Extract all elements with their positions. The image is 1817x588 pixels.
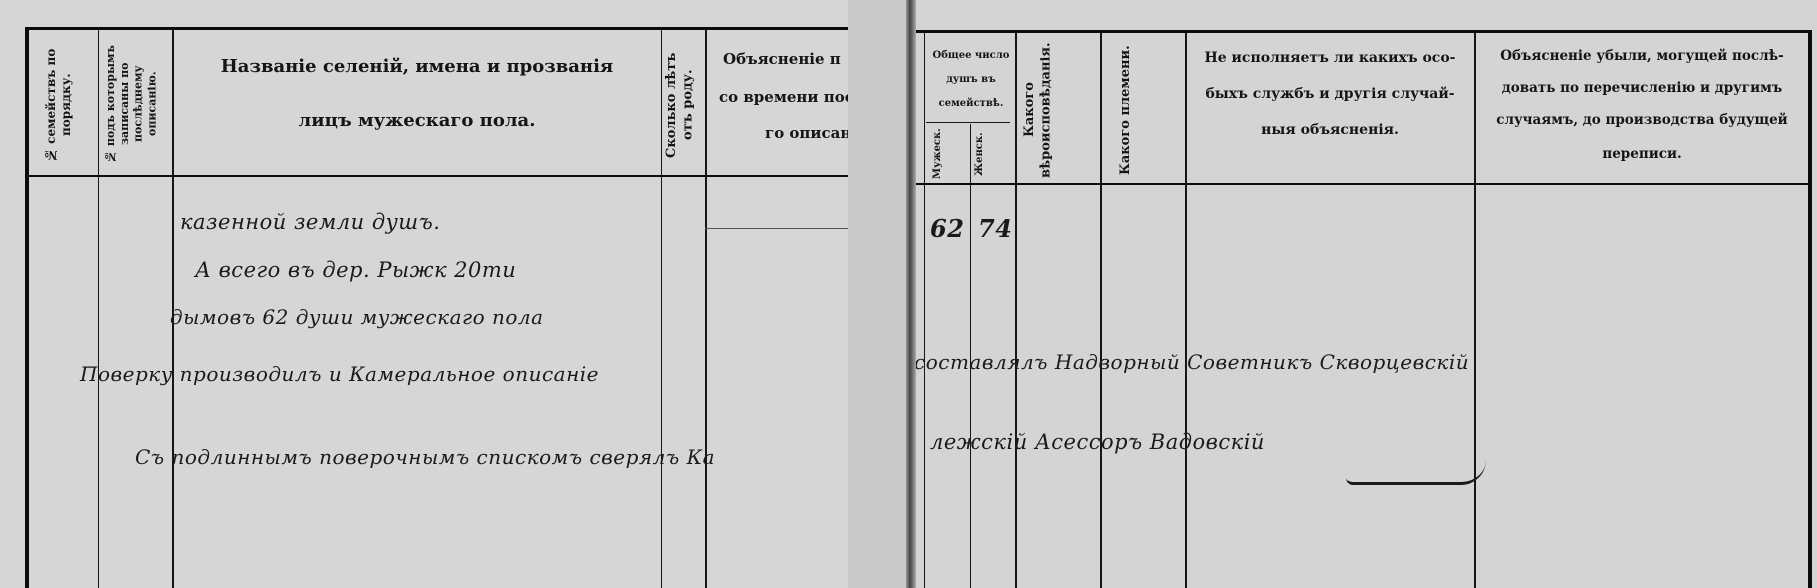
header-bottom-border [25,175,848,177]
column-divider [98,30,99,588]
header-family-number: № семействъ по порядку. [44,40,92,170]
header-loss-line4: переписи. [1477,146,1807,162]
faint-row-line [705,228,848,229]
table-left-border [25,27,29,588]
header-names-line1: Названіе селеній, имена и прозванія [175,56,659,77]
female-count: 74 [978,214,1012,243]
header-tribe: Какого племени. [1118,42,1168,178]
entry-line-5-continued: лежскій Асессоръ Вадовскій [930,430,1265,454]
column-divider [1474,33,1476,588]
column-divider [661,30,662,588]
header-services-line2: быхъ службъ и другія случай- [1188,86,1472,102]
table-right-border [1808,30,1812,588]
entry-line-4: Поверку производилъ и Камеральное описан… [80,362,599,386]
column-divider [705,30,707,588]
header-loss-line3: случаямъ, до производства будущей [1477,112,1807,128]
column-divider [1015,33,1017,588]
header-bottom-border [906,183,1811,185]
header-male: Мужеск. [932,128,966,180]
table-top-border [25,27,848,30]
subheader-divider [926,122,1010,123]
entry-line-5: Съ подлиннымъ поверочнымъ спискомъ сверя… [135,445,715,469]
male-count: 62 [930,214,964,243]
entry-line-4-continued: составлялъ Надворный Советникъ Скворцевс… [914,350,1469,374]
entry-line-2: А всего въ дер. Рыжк 20ти [195,258,516,282]
header-loss-line1: Объясненіе убыли, могущей послѣ- [1477,48,1807,64]
header-services-line1: Не исполняетъ ли какихъ осо- [1188,50,1472,66]
right-page: Общее число душъ въ семействѣ. Мужеск. Ж… [906,0,1817,588]
header-explanation-line1: Объясненіе п [715,50,848,68]
header-previous-number: № подъ которымъ записаны по послѣднему о… [104,36,166,172]
signature-flourish [1346,460,1486,485]
header-religion: Какого вѣроисповѣданія. [1022,42,1094,178]
column-divider [924,33,925,588]
header-explanation-line2: со времени пос [715,88,848,106]
column-divider [1100,33,1102,588]
book-spine [906,0,916,588]
table-top-border [906,30,1811,33]
entry-line-1: казенной земли душъ. [180,210,440,234]
header-total-souls: Общее число душъ въ семействѣ. [928,44,1014,116]
header-names-line2: лицъ мужескаго пола. [175,110,659,131]
header-services-line3: ныя объясненія. [1188,122,1472,138]
left-page: № семействъ по порядку. № подъ которымъ … [0,0,848,588]
page-gutter [848,0,906,588]
entry-line-3: дымовъ 62 души мужескаго пола [170,305,544,329]
header-explanation-line3: го описані [715,124,848,142]
column-divider [1185,33,1187,588]
header-female: Женск. [974,128,1010,180]
header-loss-line2: довать по перечисленію и другимъ [1477,80,1807,96]
header-age: Сколько лѣтъ отъ роду. [664,40,704,170]
